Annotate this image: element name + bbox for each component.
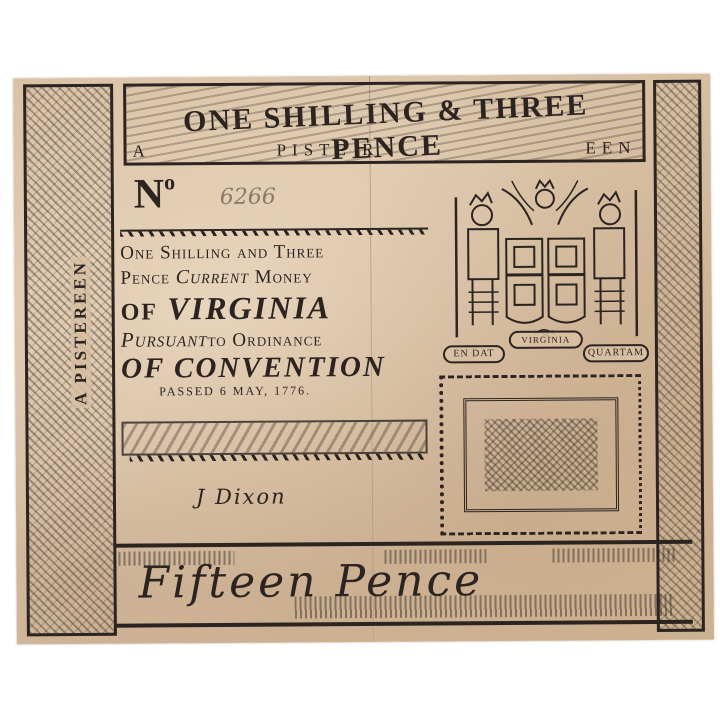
banner-sub-left: A [132, 141, 150, 161]
ornamental-stamp-band [121, 420, 427, 456]
motto-left: EN DAT [443, 345, 505, 363]
body-line-2-script: Current [176, 266, 249, 289]
body-line-3: of VIRGINIA [121, 290, 437, 325]
body-line-1: One Shilling and Three [120, 241, 436, 262]
banknote: A PISTEREEN ONE SHILLING & THREE PENCE A… [13, 74, 714, 645]
note-body-text: One Shilling and Three Pence Current Mon… [120, 241, 437, 397]
ornamental-inner-frame [463, 397, 619, 512]
serial-label-superscript: o [164, 169, 175, 194]
body-line-3-prefix: of [121, 299, 159, 325]
denomination-band: Fifteen Pence [114, 540, 693, 628]
denomination-script: Fifteen Pence [138, 554, 678, 609]
signature: J Dixon [196, 485, 287, 510]
body-line-2-prefix: Pence [120, 267, 170, 288]
passed-date: PASSED 6 MAY, 1776. [121, 383, 437, 397]
body-line-2-suffix: Money [255, 266, 313, 287]
left-ornamental-border [23, 84, 117, 637]
banner-sub-right: EEN [585, 138, 636, 158]
rope-divider-top [120, 228, 428, 237]
serial-number: 6266 [220, 185, 276, 210]
coat-of-arms-icon [442, 176, 649, 347]
top-banner: ONE SHILLING & THREE PENCE A PISTE R EEN [123, 80, 646, 166]
body-line-5: of Convention [121, 352, 437, 383]
ornamental-pattern [484, 418, 597, 491]
state-name: VIRGINIA [167, 289, 331, 326]
motto-center: VIRGINIA [509, 330, 583, 349]
motto-right: QUARTAM [583, 344, 649, 362]
ornamental-border-box [439, 374, 642, 535]
serial-label-letter: N [134, 171, 165, 217]
rope-divider-bottom [130, 454, 426, 462]
body-line-4: Pursuantto Ordinance [121, 327, 437, 350]
left-border-text: A PISTEREEN [70, 257, 91, 408]
coat-of-arms: EN DAT VIRGINIA QUARTAM [442, 176, 649, 363]
body-line-4-script: Pursuant [121, 327, 208, 352]
banner-sub-middle: PISTE R [276, 140, 379, 161]
body-line-4-suffix: to Ordinance [207, 329, 322, 351]
banner-subtitle: A PISTE R EEN [126, 137, 642, 163]
serial-label: No [134, 169, 176, 218]
body-line-2: Pence Current Money [120, 265, 436, 287]
